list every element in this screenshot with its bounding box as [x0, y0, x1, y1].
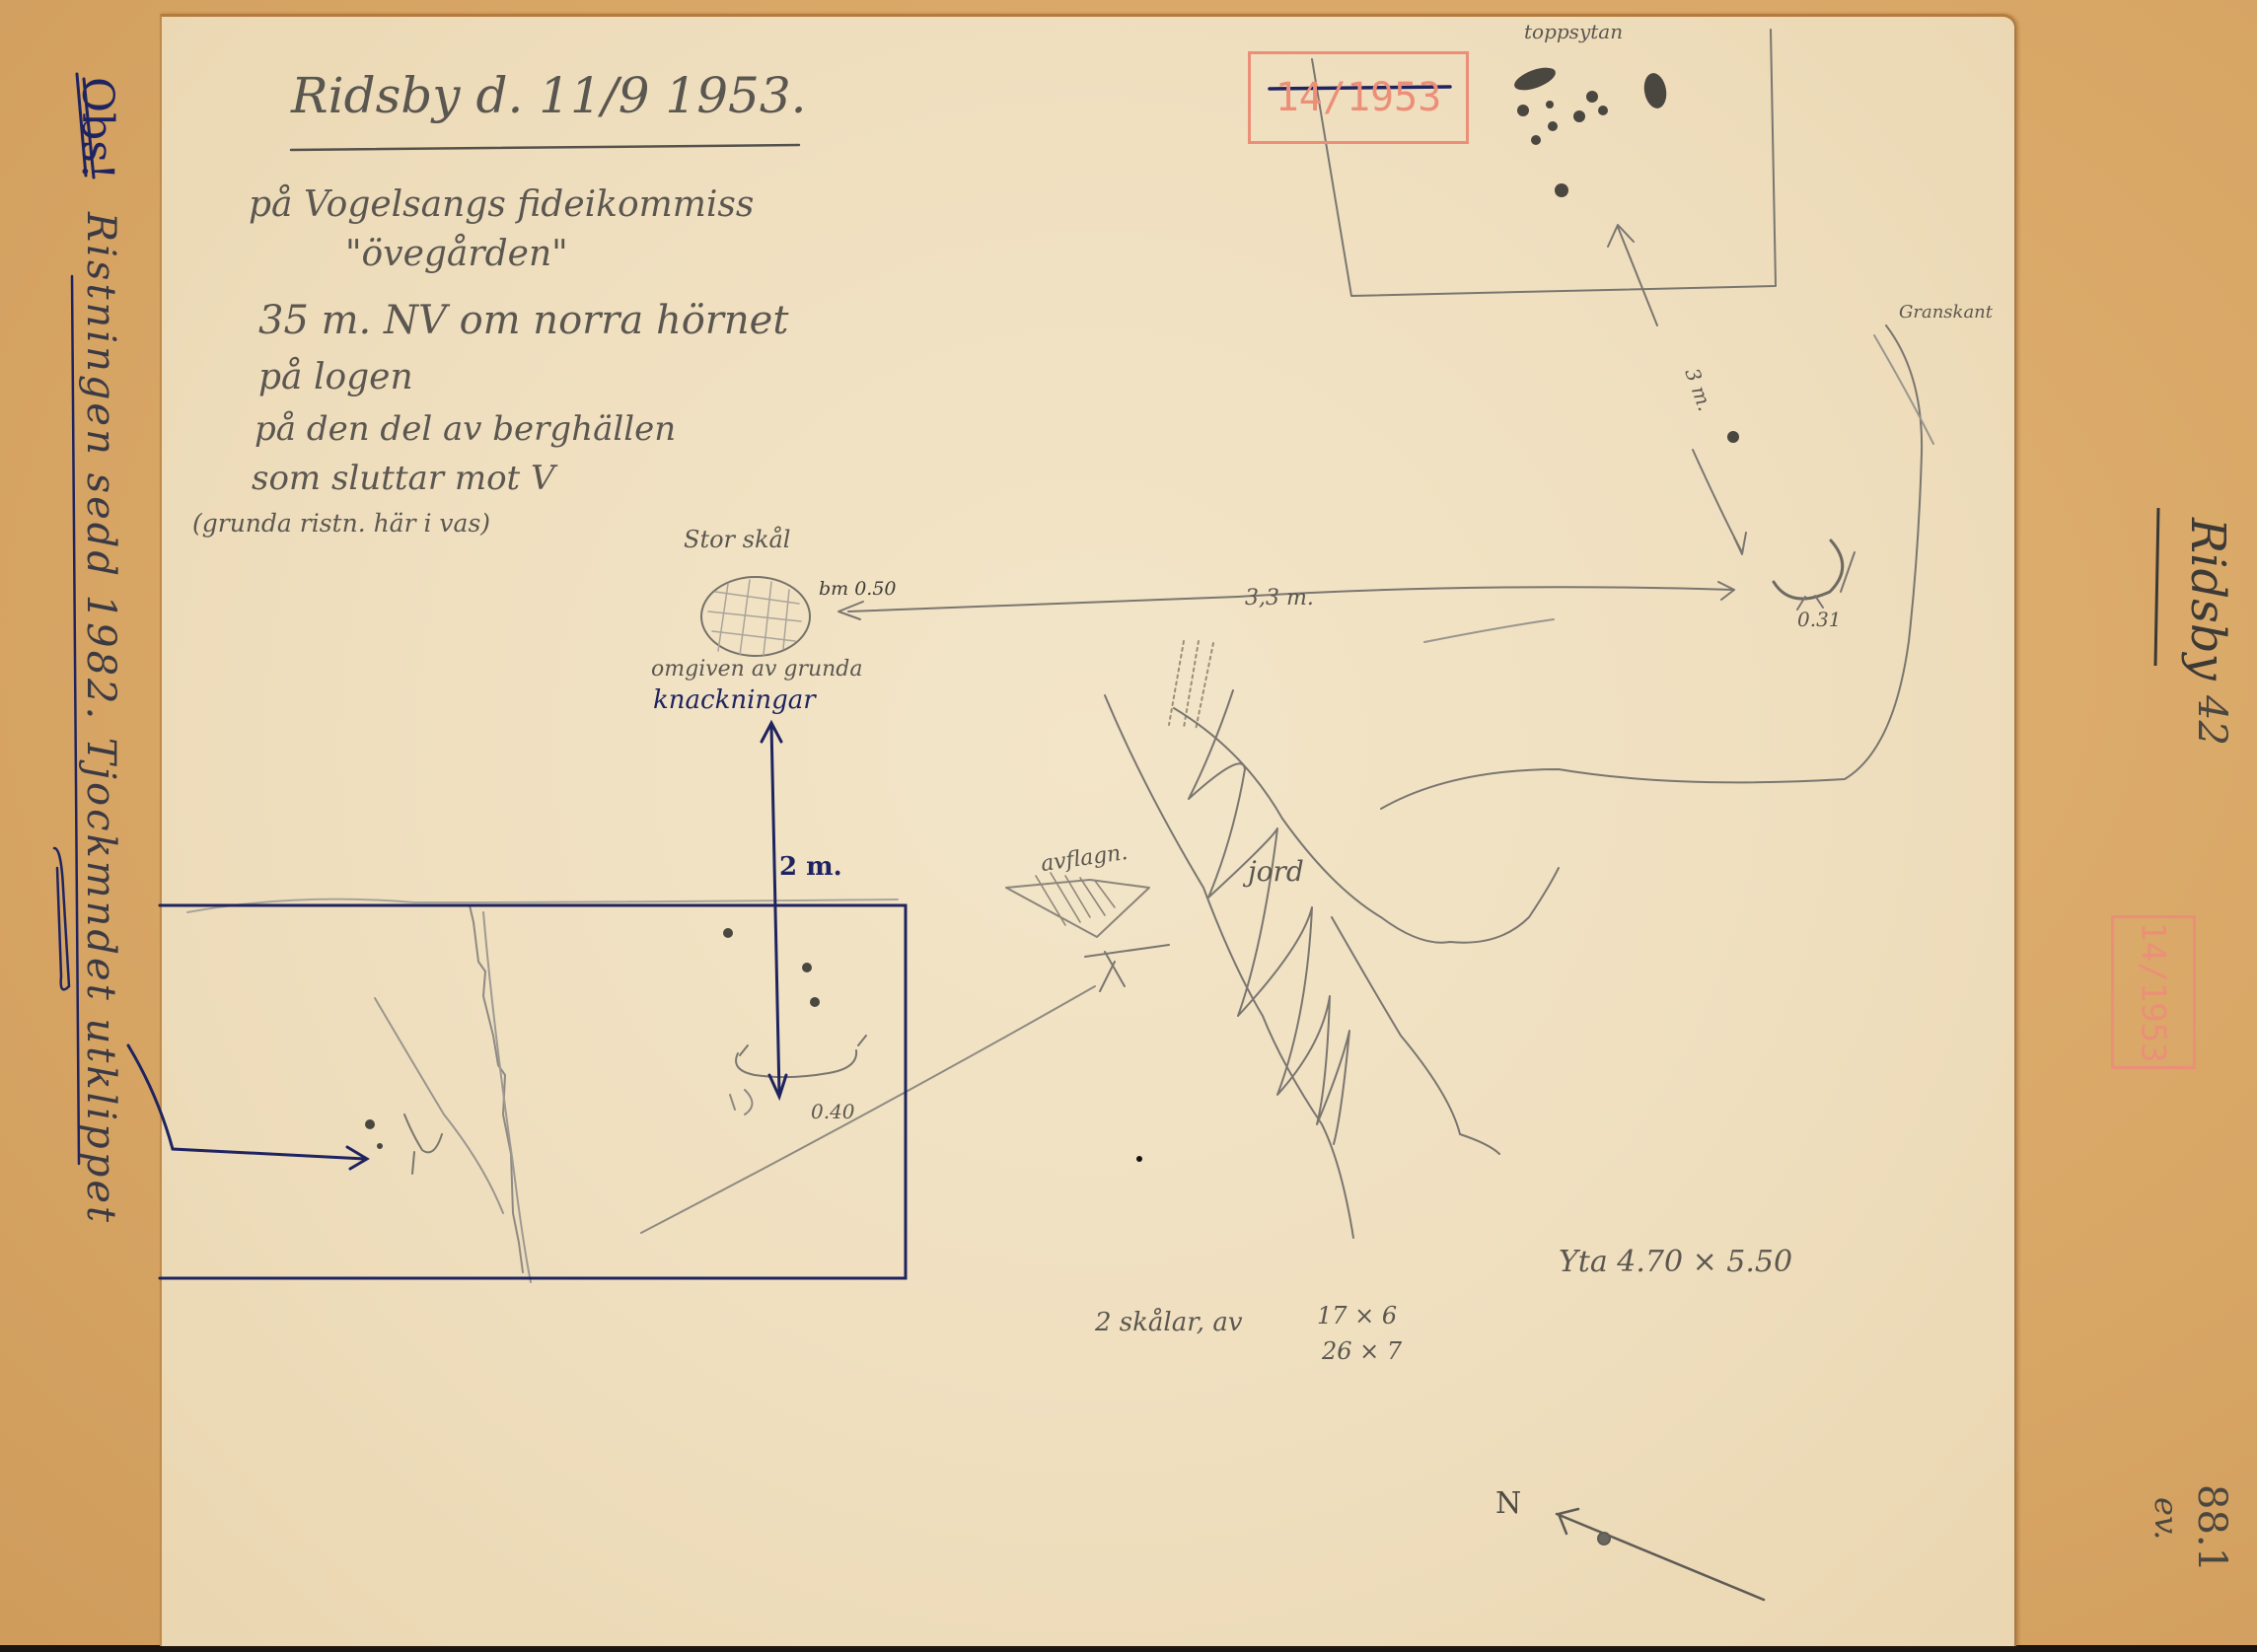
location-line-6: som sluttar mot V	[252, 462, 555, 495]
right-stamp-text: 14/1953	[2134, 921, 2173, 1062]
location-line-5: på den del av berghällen	[255, 412, 676, 446]
skal-depth-label: bm 0.50	[819, 580, 897, 599]
catalog-number: 88.1	[2192, 1484, 2231, 1572]
value-031: 0.31	[1797, 610, 1842, 629]
topp-label: toppsytan	[1524, 22, 1623, 41]
location-line-7: (grunda ristn. här i vas)	[192, 511, 490, 536]
card-title: Ridsby d. 11/9 1953.	[291, 71, 807, 120]
value-040: 0.40	[811, 1102, 855, 1121]
knackningar-label: knackningar	[653, 687, 816, 713]
jord-label: jord	[1248, 858, 1304, 886]
skalar-label: 2 skålar, av	[1095, 1310, 1243, 1335]
location-line-3: 35 m. NV om norra hörnet	[258, 301, 788, 340]
top-stamp: 14/1953	[1248, 51, 1469, 144]
granskant-label: Granskant	[1899, 304, 1993, 322]
stor-skal-label: Stor skål	[684, 528, 790, 551]
location-line-4: på logen	[258, 360, 413, 395]
margin-number: 42	[2192, 695, 2231, 746]
location-line-2: "övegården"	[345, 237, 568, 272]
right-stamp: 14/1953	[2111, 915, 2196, 1069]
dist-2m-label: 2 m.	[779, 854, 842, 880]
margin-note: Ristningen sedd 1982. Tjockmndet utklipp…	[81, 212, 120, 1225]
skalar-size-b: 26 × 7	[1322, 1339, 1402, 1363]
skalar-size-a: 17 × 6	[1317, 1304, 1397, 1328]
top-stamp-text: 14/1953	[1275, 75, 1442, 120]
margin-obs-label: Obs!	[75, 77, 118, 180]
sketch-drawing	[0, 0, 2257, 1652]
margin-place-name: Ridsby	[2184, 518, 2231, 681]
omgiven-label: omgiven av grunda	[651, 659, 863, 681]
north-label: N	[1495, 1489, 1521, 1519]
dist-3-3m-label: 3,3 m.	[1245, 588, 1314, 610]
location-line-1: på Vogelsangs fideikommiss	[249, 187, 754, 223]
catalog-sub: ev.	[2150, 1497, 2182, 1540]
yta-label: Yta 4.70 × 5.50	[1559, 1248, 1792, 1277]
